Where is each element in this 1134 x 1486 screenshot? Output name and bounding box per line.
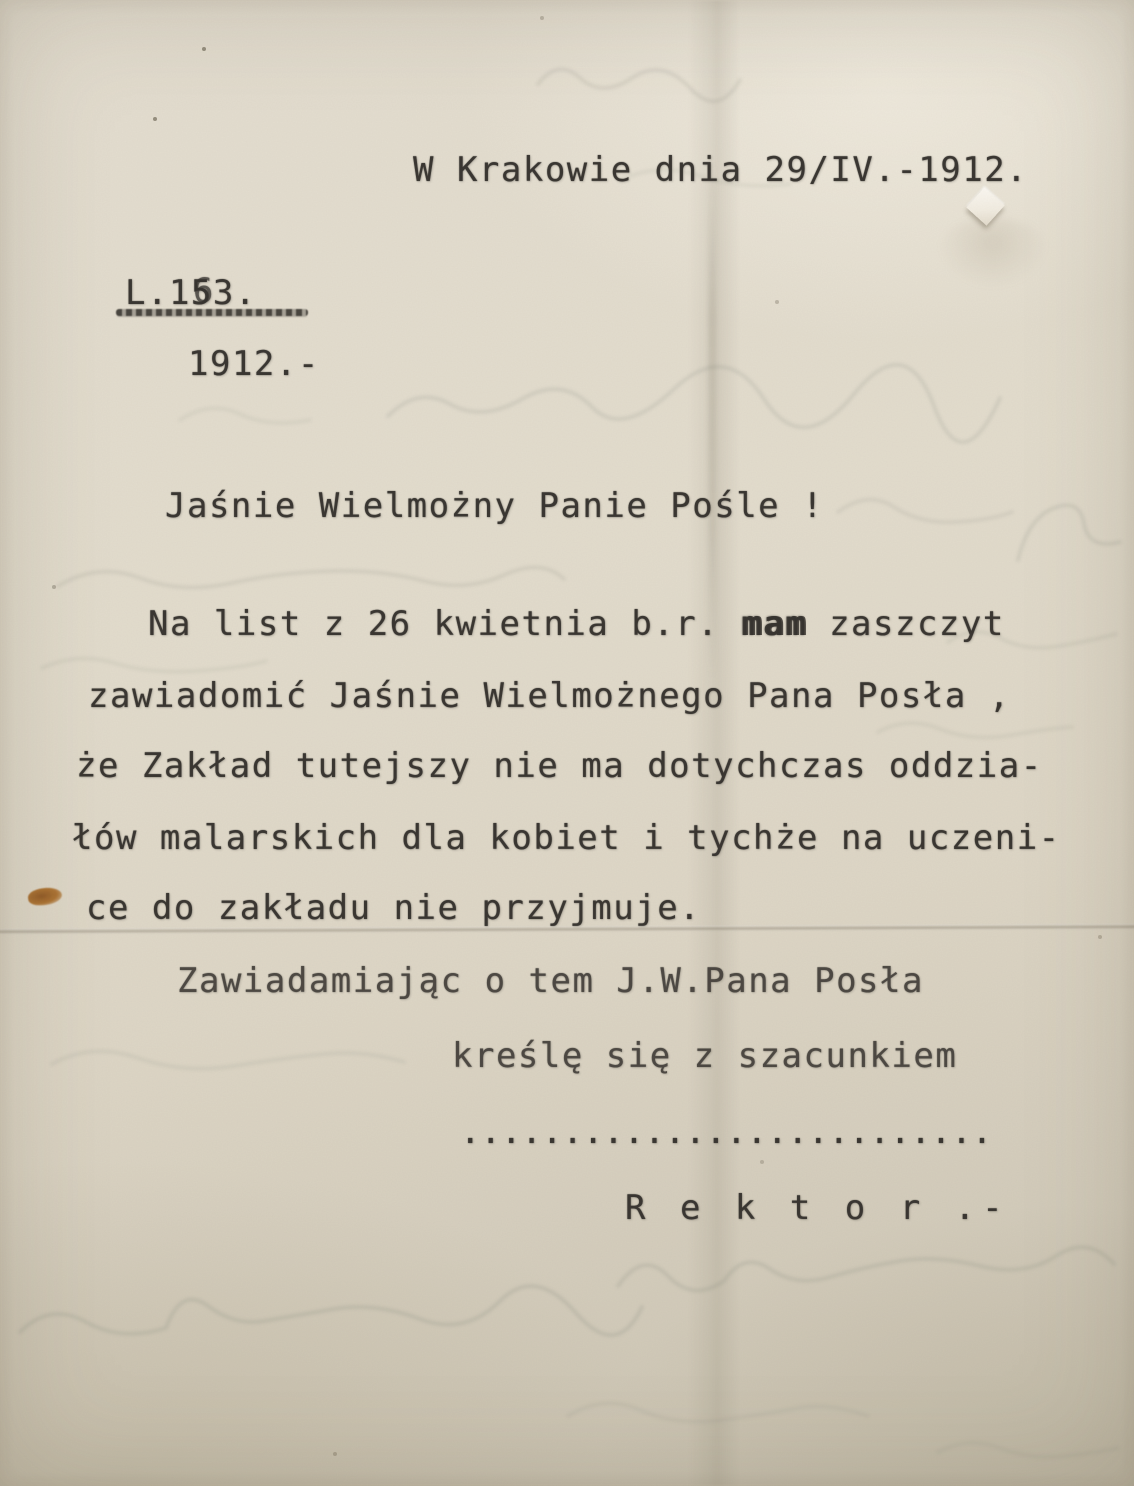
reference-suffix: 3. [213,273,257,313]
paper-speck [333,1452,337,1456]
reference-underline [116,309,308,316]
paper-speck [540,16,544,20]
paper-grain-overlay [0,0,1134,1486]
paper-speck [202,47,206,51]
stain-mark [27,886,63,908]
signer-title: R e k t o r .- [625,1188,1010,1228]
year-line: 1912.- [188,344,320,384]
closing-line-2: kreślę się z szacunkiem [452,1036,957,1076]
paper-speck [775,300,779,304]
body-line-1-emphasis: mam [741,604,807,644]
body-line-3: że Zakład tutejszy nie ma dotychczas odd… [76,746,1043,786]
reference-digit-overstrike: 6 [193,271,215,311]
paper-damage-chip [966,187,1004,225]
ghost-handwriting-layer [0,0,1134,1486]
body-line-1-pre: Na list z 26 kwietnia b.r. [148,604,741,644]
salutation: Jaśnie Wielmożny Panie Pośle ! [165,486,824,526]
reference-number: L.1563. [125,273,257,313]
body-line-1: Na list z 26 kwietnia b.r. mam zaszczyt [148,604,1005,644]
body-line-4: łów malarskich dla kobiet i tychże na uc… [72,818,1061,858]
reference-prefix: L.1 [125,273,191,313]
paper-speck [1098,935,1102,939]
letter-page: W Krakowie dnia 29/IV.-1912. L.1563. 191… [0,0,1134,1486]
reference-overstruck-digit: 56 [191,273,213,313]
body-line-5: ce do zakładu nie przyjmuje. [86,888,701,928]
body-line-1-post: zaszczyt [807,604,1005,644]
fold-crease-vertical [688,0,740,1486]
closing-line-1: Zawiadamiając o tem J.W.Pana Posła [177,961,924,1001]
signature-dotted-line: .......................... [460,1112,992,1152]
paper-speck [760,1160,764,1164]
body-line-2: zawiadomić Jaśnie Wielmożnego Pana Posła… [88,676,1011,716]
paper-speck [153,117,157,121]
paper-speck [52,585,56,589]
fold-crease-vertical-core [708,160,716,680]
dateline: W Krakowie dnia 29/IV.-1912. [413,150,1028,190]
paper-dent-shading [938,218,1048,288]
